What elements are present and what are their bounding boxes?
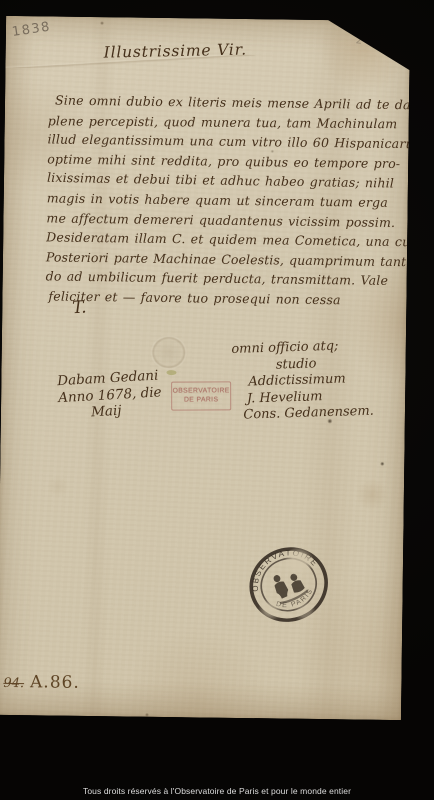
observatoire-round-ink-stamp: OBSERVATOIRE DE PARIS [235, 532, 343, 637]
shelfmark: 94.A.86. [3, 672, 80, 693]
rect-stamp-line1: OBSERVATOIRE [173, 387, 230, 396]
dateline-month: Maij [91, 400, 163, 421]
signature-title: Cons. Gedanensem. [243, 404, 374, 424]
archive-scan-page: { "annotations": { "pencil_number": "183… [0, 0, 434, 800]
rect-stamp-line2: DE PARIS [184, 396, 218, 405]
round-stamp-graphic: OBSERVATOIRE DE PARIS [235, 532, 343, 637]
archival-number-pencil: 1838 [11, 19, 52, 39]
letter-salutation: Illustrissime Vir. [104, 41, 248, 62]
shelfmark-current: A.86. [30, 672, 80, 693]
copyright-text: Tous droits réservés à l'Observatoire de… [83, 786, 351, 796]
shelfmark-crossed-out: 94. [3, 676, 24, 691]
closing-initial: T. [72, 297, 87, 318]
letter-dateline: Dabam Gedani Anno 1678, die Maij [57, 367, 163, 422]
observatoire-rect-stamp: OBSERVATOIRE DE PARIS [171, 381, 231, 410]
photo-background: 1838 2 Illustrissime Vir. Sine omni dubi… [0, 0, 434, 800]
seal-wax-trace [166, 370, 176, 375]
signature-block: omni officio atq; studio Addictissimum J… [231, 338, 374, 425]
letter-body: Sine omni dubio ex literis meis mense Ap… [45, 90, 408, 310]
letter-line: plene percepisti, quod munera tua, tam M… [48, 111, 408, 134]
manuscript-letter-sheet: 1838 2 Illustrissime Vir. Sine omni dubi… [0, 16, 410, 720]
copyright-bar: Tous droits réservés à l'Observatoire de… [0, 782, 434, 800]
page-number-pencil: 2 [355, 35, 363, 47]
